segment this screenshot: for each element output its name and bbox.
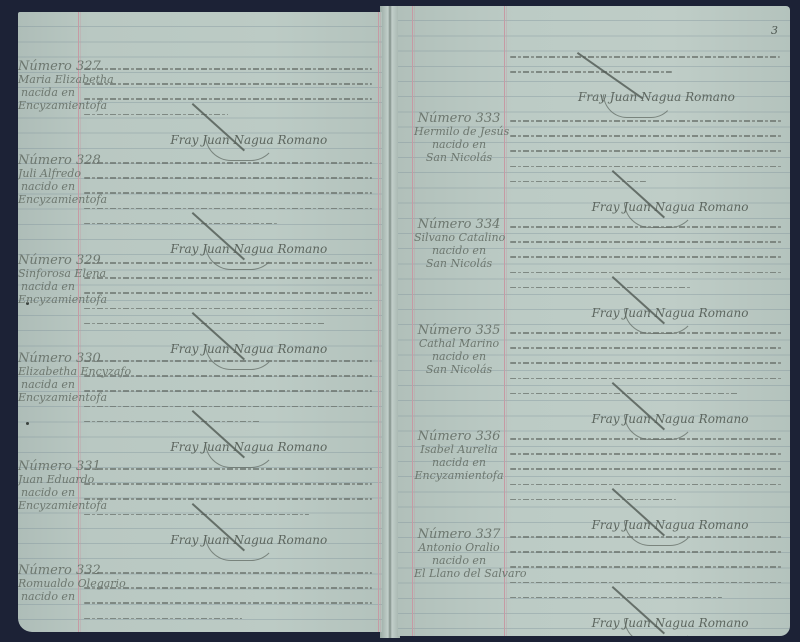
- entry-name: Cathal Marino: [414, 337, 504, 350]
- entry-body-text: [84, 68, 372, 129]
- entry-name: Juan Eduardo: [18, 473, 78, 486]
- handwritten-line: [84, 618, 242, 620]
- handwritten-line: [84, 514, 309, 516]
- entry-heading: Número 334Silvano Catalinonacido enSan N…: [414, 218, 504, 270]
- handwritten-line: [84, 262, 372, 264]
- entry-heading: Número 330Elizabetha Encyzafonacida enEn…: [18, 352, 78, 404]
- handwritten-line: [510, 150, 782, 152]
- entry-body-text: [84, 162, 372, 238]
- entry-place: El Llano del Salvaro: [414, 567, 504, 580]
- handwritten-line: [510, 272, 782, 274]
- page-number: 3: [771, 24, 778, 37]
- entry-number: Número 328: [18, 154, 78, 167]
- entry-born-label: nacido en: [18, 590, 78, 603]
- entry-number: Número 337: [414, 528, 504, 541]
- continuation-text: [510, 56, 780, 86]
- handwritten-line: [84, 292, 372, 294]
- entry-born-label: nacida en: [18, 280, 78, 293]
- handwritten-line: [84, 421, 260, 423]
- left-page: Número 327Maria Elizabethanacida enEncyz…: [18, 12, 382, 632]
- entry-born-label: nacida en: [414, 456, 504, 469]
- handwritten-line: [510, 484, 782, 486]
- entry-name: Maria Elizabetha: [18, 73, 78, 86]
- handwritten-line: [84, 308, 372, 310]
- handwritten-line: [510, 332, 782, 334]
- entry-place: Encyzamientofa: [18, 293, 78, 306]
- handwritten-line: [84, 162, 372, 164]
- handwritten-line: [84, 208, 372, 210]
- handwritten-line: [510, 166, 782, 168]
- entry-body-text: [84, 572, 372, 632]
- entry-place: San Nicolás: [414, 363, 504, 376]
- entry-heading: Número 336Isabel Aurelianacida enEncyzam…: [414, 430, 504, 482]
- handwritten-line: [84, 83, 372, 85]
- entry-number: Número 333: [414, 112, 504, 125]
- entry-place: San Nicolás: [414, 151, 504, 164]
- entry-place: Encyzamientofa: [414, 469, 504, 482]
- entry-heading: Número 337Antonio Oralionacido enEl Llan…: [414, 528, 504, 580]
- signature-flourish: [624, 618, 696, 636]
- handwritten-line: [84, 375, 372, 377]
- handwritten-line: [510, 256, 782, 258]
- handwritten-line: [510, 347, 782, 349]
- handwritten-line: [84, 360, 372, 362]
- handwritten-line: [510, 135, 782, 137]
- handwritten-line: [84, 177, 372, 179]
- entry-place: Encyzamientofa: [18, 391, 78, 404]
- handwritten-line: [84, 483, 372, 485]
- handwritten-line: [84, 223, 277, 225]
- handwritten-line: [510, 468, 782, 470]
- entry-name: Silvano Catalino: [414, 231, 504, 244]
- right-page: 3 Fray Juan Nagua RomanoNúmero 333Hermil…: [398, 6, 790, 636]
- entry-name: Hermilo de Jesús: [414, 125, 504, 138]
- entry-name: Sinforosa Elena: [18, 267, 78, 280]
- handwritten-line: [510, 56, 780, 58]
- entry-number: Número 335: [414, 324, 504, 337]
- entry-born-label: nacido en: [414, 350, 504, 363]
- handwritten-line: [510, 120, 782, 122]
- entry-number: Número 332: [18, 564, 78, 577]
- entry-born-label: nacido en: [414, 138, 504, 151]
- entry-number: Número 327: [18, 60, 78, 73]
- entry-born-label: nacido en: [414, 554, 504, 567]
- entry-heading: Número 331Juan Eduardonacido enEncyzamie…: [18, 460, 78, 512]
- handwritten-line: [510, 453, 782, 455]
- entry-place: Encyzamientofa: [18, 99, 78, 112]
- entry-born-label: nacida en: [18, 86, 78, 99]
- handwritten-line: [510, 226, 782, 228]
- entry-place: Encyzamientofa: [18, 499, 78, 512]
- entry-heading: Número 328Juli Alfredonacido enEncyzamie…: [18, 154, 78, 206]
- binding-hole: [26, 422, 29, 425]
- entry-name: Romualdo Olegario: [18, 577, 78, 590]
- handwritten-line: [510, 378, 782, 380]
- handwritten-line: [84, 587, 372, 589]
- entry-body-text: [84, 262, 372, 338]
- handwritten-line: [84, 98, 372, 100]
- handwritten-line: [510, 362, 782, 364]
- name-column-line: [504, 6, 505, 636]
- handwritten-line: [510, 536, 782, 538]
- book-gutter: [380, 6, 400, 638]
- entry-born-label: nacida en: [18, 378, 78, 391]
- left-margin-line: [412, 6, 413, 636]
- entry-body-text: [510, 120, 782, 196]
- entry-body-text: [510, 332, 782, 408]
- handwritten-line: [510, 566, 782, 568]
- entry-heading: Número 329Sinforosa Elenanacida enEncyza…: [18, 254, 78, 306]
- entry-born-label: nacido en: [18, 180, 78, 193]
- entry-place: Encyzamientofa: [18, 193, 78, 206]
- entry-born-label: nacido en: [18, 486, 78, 499]
- handwritten-line: [84, 277, 372, 279]
- handwritten-line: [84, 602, 372, 604]
- entry-body-text: [84, 360, 372, 436]
- handwritten-line: [84, 572, 372, 574]
- entry-body-text: [510, 226, 782, 302]
- handwritten-line: [84, 468, 372, 470]
- entry-name: Antonio Oralio: [414, 541, 504, 554]
- entry-body-text: [510, 536, 782, 612]
- entry-heading: Número 333Hermilo de Jesúsnacido enSan N…: [414, 112, 504, 164]
- entry-name: Isabel Aurelia: [414, 443, 504, 456]
- handwritten-line: [84, 390, 372, 392]
- right-margin-line: [378, 12, 379, 632]
- entry-body-text: [510, 438, 782, 514]
- handwritten-line: [510, 551, 782, 553]
- handwritten-line: [84, 406, 372, 408]
- entry-number: Número 330: [18, 352, 78, 365]
- handwritten-line: [510, 597, 722, 599]
- entry-number: Número 336: [414, 430, 504, 443]
- handwritten-line: [84, 68, 372, 70]
- handwritten-line: [510, 287, 692, 289]
- entry-number: Número 329: [18, 254, 78, 267]
- handwritten-line: [84, 192, 372, 194]
- entry-number: Número 334: [414, 218, 504, 231]
- handwritten-line: [510, 241, 782, 243]
- entry-heading: Número 332Romualdo Olegarionacido en: [18, 564, 78, 603]
- entry-number: Número 331: [18, 460, 78, 473]
- handwritten-line: [510, 499, 676, 501]
- handwritten-line: [510, 71, 672, 73]
- entry-name: Juli Alfredo: [18, 167, 78, 180]
- entry-born-label: nacido en: [414, 244, 504, 257]
- handwritten-line: [510, 582, 782, 584]
- entry-name: Elizabetha Encyzafo: [18, 365, 78, 378]
- entry-place: San Nicolás: [414, 257, 504, 270]
- entry-heading: Número 327Maria Elizabethanacida enEncyz…: [18, 60, 78, 112]
- entry-heading: Número 335Cathal Marinonacido enSan Nico…: [414, 324, 504, 376]
- entry-body-text: [84, 468, 372, 529]
- handwritten-line: [510, 438, 782, 440]
- handwritten-line: [84, 498, 372, 500]
